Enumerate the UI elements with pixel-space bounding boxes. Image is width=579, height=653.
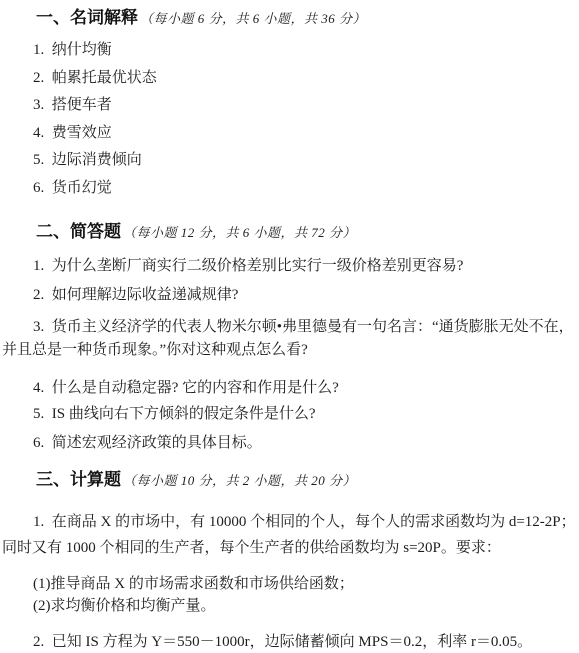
question-item: 2. 已知 IS 方程为 Y＝550－1000r，边际储蓄倾向 MPS＝0.2，… (2, 629, 577, 653)
question-item: 2. 帕累托最优状态 (2, 65, 577, 93)
section-1-score-note: （每小题 6 分，共 6 小题，共 36 分） (140, 11, 366, 26)
question-subitem: (2)求均衡价格和均衡产量。 (2, 595, 577, 617)
question-item: 6. 简述宏观经济政策的具体目标。 (2, 430, 577, 456)
question-subitems: (1)推导商品 X 的市场需求函数和市场供给函数； (2)求均衡价格和均衡产量。 (2, 573, 577, 617)
question-item-line: 1. 在商品 X 的市场中，有 10000 个相同的个人，每个人的需求函数均为 … (2, 509, 577, 535)
section-3-score-note: （每小题 10 分，共 2 小题，共 20 分） (123, 473, 356, 488)
question-item: 1. 纳什均衡 (2, 37, 577, 65)
question-item: 4. 什么是自动稳定器? 它的内容和作用是什么? (2, 375, 577, 401)
section-1-title: 一、名词解释 (36, 8, 138, 27)
question-subitem: (1)推导商品 X 的市场需求函数和市场供给函数； (2, 573, 577, 595)
question-item-multiline: 3. 货币主义经济学的代表人物米尔顿•弗里德曼有一句名言：“通货膨胀无处不在， … (2, 316, 577, 362)
section-3-title: 三、计算题 (36, 470, 121, 489)
question-item: 4. 费雪效应 (2, 120, 577, 148)
question-item: 2. 如何理解边际收益递减规律? (2, 282, 577, 308)
section-2-heading: 二、简答题（每小题 12 分，共 6 小题，共 72 分） (36, 220, 577, 245)
section-1-heading: 一、名词解释（每小题 6 分，共 6 小题，共 36 分） (36, 6, 577, 31)
question-item-multiline: 1. 在商品 X 的市场中，有 10000 个相同的个人，每个人的需求函数均为 … (2, 509, 577, 561)
section-2-title: 二、简答题 (36, 222, 121, 241)
section-2-score-note: （每小题 12 分，共 6 小题，共 72 分） (123, 225, 356, 240)
section-3-heading: 三、计算题（每小题 10 分，共 2 小题，共 20 分） (36, 468, 577, 493)
question-item-line: 同时又有 1000 个相同的生产者，每个生产者的供给函数均为 s=20P。要求： (2, 535, 577, 561)
question-item: 3. 搭便车者 (2, 92, 577, 120)
question-item: 5. IS 曲线向右下方倾斜的假定条件是什么? (2, 401, 577, 427)
question-item: 5. 边际消费倾向 (2, 147, 577, 175)
section-2-question-list: 1. 为什么垄断厂商实行二级价格差别比实行一级价格差别更容易? 2. 如何理解边… (2, 253, 577, 456)
question-item: 6. 货币幻觉 (2, 175, 577, 203)
question-item: 1. 为什么垄断厂商实行二级价格差别比实行一级价格差别更容易? (2, 253, 577, 279)
section-3-question-list: 1. 在商品 X 的市场中，有 10000 个相同的个人，每个人的需求函数均为 … (2, 509, 577, 653)
question-item-line: 3. 货币主义经济学的代表人物米尔顿•弗里德曼有一句名言：“通货膨胀无处不在， (2, 316, 577, 339)
exam-document-page: 一、名词解释（每小题 6 分，共 6 小题，共 36 分） 1. 纳什均衡 2.… (0, 0, 579, 653)
question-item-line: 并且总是一种货币现象。”你对这种观点怎么看? (2, 339, 577, 362)
section-1-question-list: 1. 纳什均衡 2. 帕累托最优状态 3. 搭便车者 4. 费雪效应 5. 边际… (2, 37, 577, 202)
